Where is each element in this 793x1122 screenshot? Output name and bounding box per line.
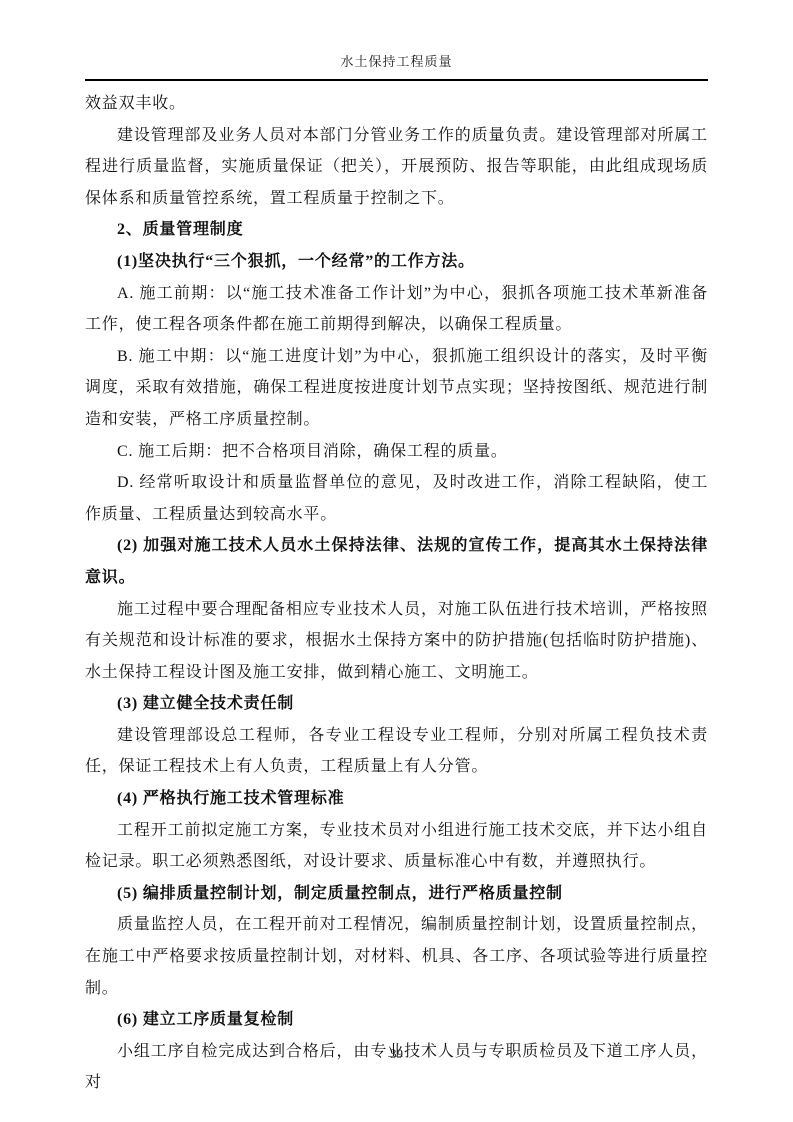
body-paragraph: A. 施工前期：以“施工技术准备工作计划”为中心，狠抓各项施工技术革新准备工作，…	[85, 278, 708, 341]
heading-paragraph: (5) 编排质量控制计划，制定质量控制点，进行严格质量控制	[85, 878, 708, 910]
body-paragraph: 工程开工前拟定施工方案，专业技术员对小组进行施工技术交底，并下达小组自检记录。职…	[85, 815, 708, 878]
body-paragraph: 质量监控人员，在工程开前对工程情况，编制质量控制计划，设置质量控制点，在施工中严…	[85, 909, 708, 1004]
body-paragraph: 建设管理部及业务人员对本部门分管业务工作的质量负责。建设管理部对所属工程进行质量…	[85, 120, 708, 215]
heading-paragraph: (2) 加强对施工技术人员水土保持法律、法规的宣传工作，提高其水土保持法律意识。	[85, 530, 708, 593]
heading-paragraph: (6) 建立工序质量复检制	[85, 1004, 708, 1036]
page-footer: 39	[0, 1046, 793, 1062]
body-paragraph: D. 经常听取设计和质量监督单位的意见，及时改进工作，消除工程缺陷，使工作质量、…	[85, 467, 708, 530]
heading-paragraph: (3) 建立健全技术责任制	[85, 688, 708, 720]
document-page: 水土保持工程质量 效益双丰收。建设管理部及业务人员对本部门分管业务工作的质量负责…	[0, 0, 793, 1122]
heading-paragraph: 2、质量管理制度	[85, 214, 708, 246]
body-paragraph: B. 施工中期：以“施工进度计划”为中心，狠抓施工组织设计的落实，及时平衡调度，…	[85, 341, 708, 436]
heading-paragraph: (4) 严格执行施工技术管理标准	[85, 783, 708, 815]
heading-paragraph: (1)坚决执行“三个狠抓，一个经常”的工作方法。	[85, 246, 708, 278]
body-paragraph: 建设管理部设总工程师，各专业工程设专业工程师，分别对所属工程负技术责任，保证工程…	[85, 720, 708, 783]
header-title: 水土保持工程质量	[340, 54, 452, 69]
document-body: 效益双丰收。建设管理部及业务人员对本部门分管业务工作的质量负责。建设管理部对所属…	[85, 88, 708, 1099]
body-paragraph: 效益双丰收。	[85, 88, 708, 120]
page-number: 39	[390, 1046, 403, 1061]
body-paragraph: 施工过程中要合理配备相应专业技术人员，对施工队伍进行技术培训，严格按照有关规范和…	[85, 594, 708, 689]
page-header: 水土保持工程质量	[85, 54, 708, 81]
body-paragraph: C. 施工后期：把不合格项目消除，确保工程的质量。	[85, 436, 708, 468]
